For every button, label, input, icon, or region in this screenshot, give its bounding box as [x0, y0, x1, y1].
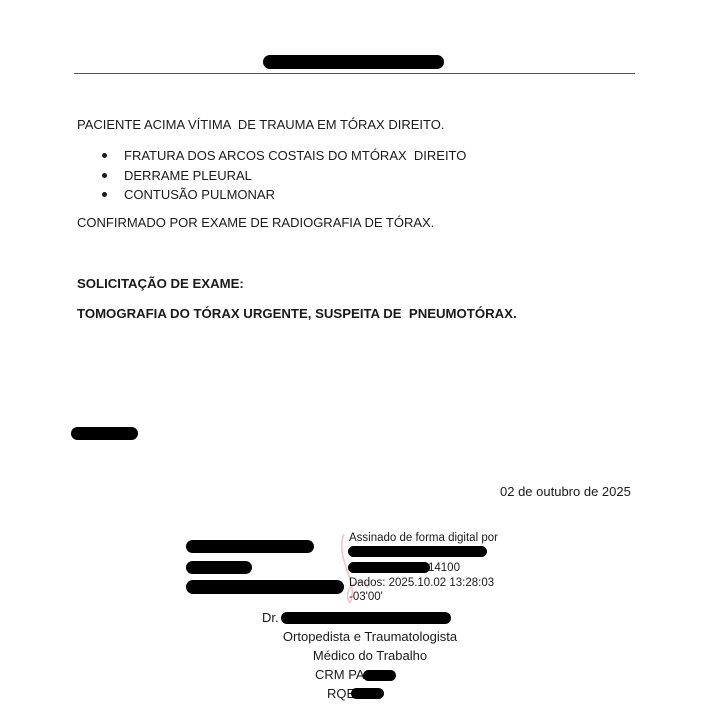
bullet-icon [102, 173, 107, 178]
request-detail: TOMOGRAFIA DO TÓRAX URGENTE, SUSPEITA DE… [77, 306, 517, 322]
signature-date: Dados: 2025.10.02 13:28:03 [349, 576, 494, 590]
signer-prefix: Dr. [262, 610, 279, 626]
redacted-header-title [263, 55, 444, 69]
redacted-rqe-number [351, 688, 384, 699]
findings-list: FRATURA DOS ARCOS COSTAIS DO MTÓRAX DIRE… [100, 146, 466, 205]
request-heading: SOLICITAÇÃO DE EXAME: [77, 276, 244, 292]
redacted-crm-number [363, 670, 396, 681]
finding-item: FRATURA DOS ARCOS COSTAIS DO MTÓRAX DIRE… [100, 146, 466, 166]
signer-crm: CRM PA [315, 667, 365, 683]
signature-label: Assinado de forma digital por [349, 531, 498, 545]
redacted-signature-name [348, 546, 487, 557]
signature-id-suffix: 14100 [428, 561, 460, 575]
signer-specialty: Ortopedista e Traumatologista [200, 627, 540, 647]
redacted-signer-name-line1 [186, 540, 314, 553]
finding-item: DERRAME PLEURAL [100, 166, 466, 186]
signer-role: Médico do Trabalho [200, 646, 540, 666]
document-date: 02 de outubro de 2025 [500, 484, 631, 500]
signature-timezone: -03'00' [349, 590, 383, 604]
header-divider [74, 73, 635, 74]
redacted-signer-name-line2 [186, 561, 252, 574]
bullet-icon [102, 192, 107, 197]
redacted-patient-name [71, 427, 138, 440]
redacted-signer-full-name [281, 612, 451, 624]
bullet-icon [102, 153, 107, 158]
redacted-signature-id [348, 562, 430, 573]
redacted-signer-name-line3 [186, 580, 344, 594]
confirmation-text: CONFIRMADO POR EXAME DE RADIOGRAFIA DE T… [77, 215, 434, 231]
intro-text: PACIENTE ACIMA VÍTIMA DE TRAUMA EM TÓRAX… [77, 117, 444, 133]
finding-item: CONTUSÃO PULMONAR [100, 185, 466, 205]
